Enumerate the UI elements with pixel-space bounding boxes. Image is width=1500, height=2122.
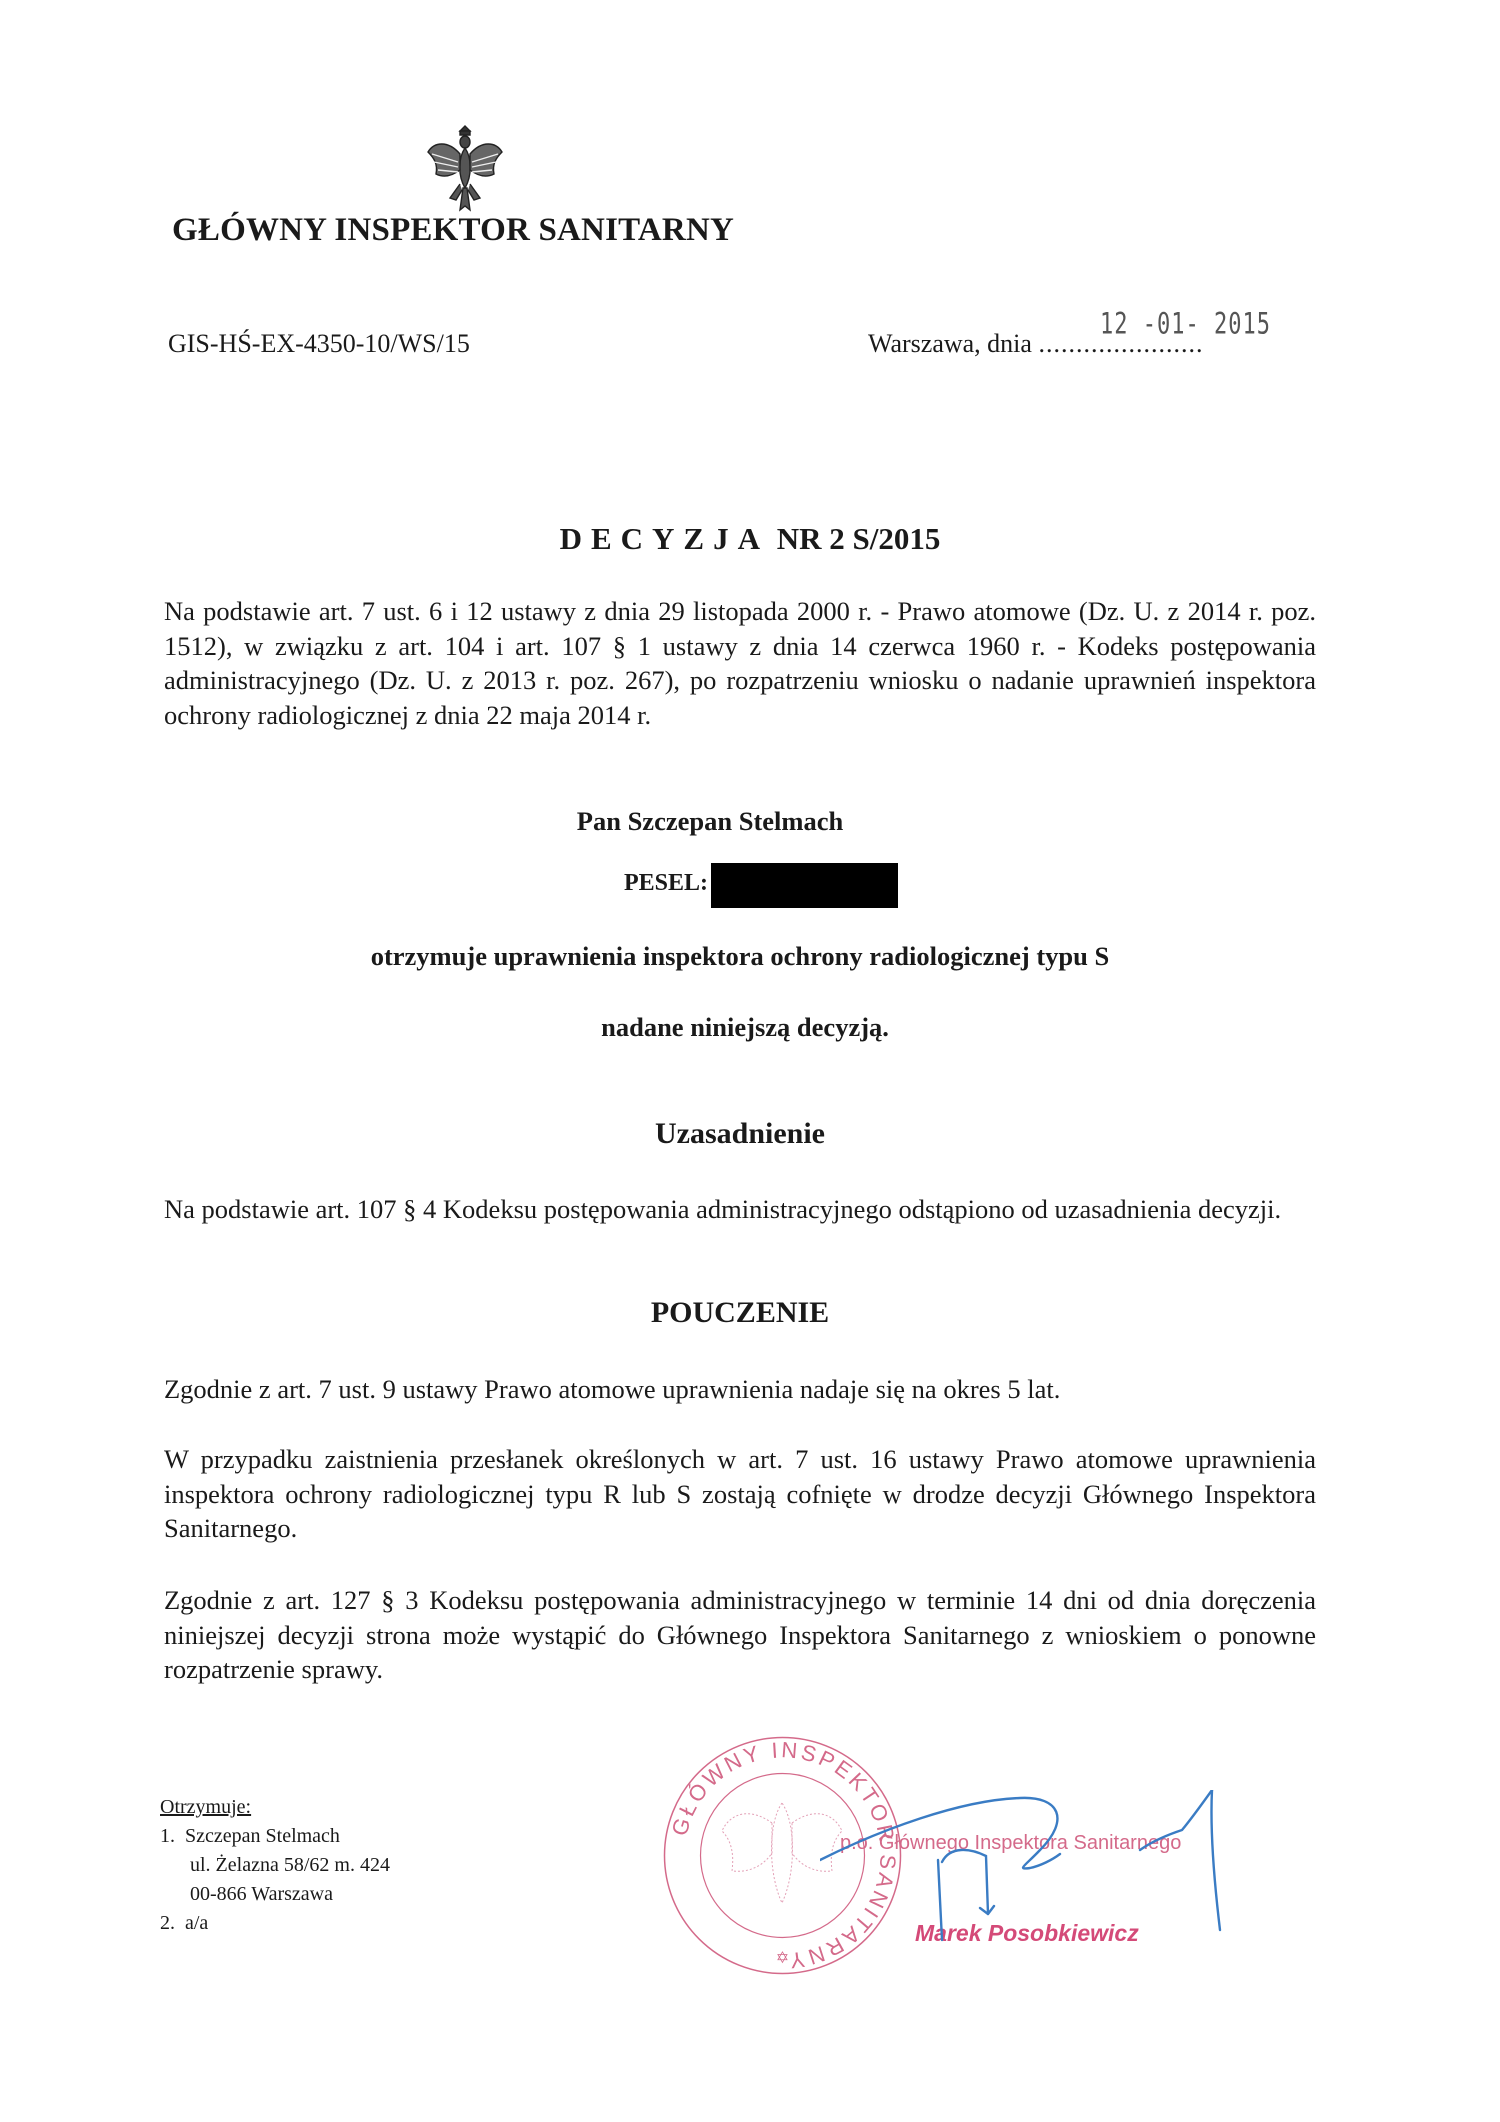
recipient-city-line: 00-866 Warszawa (160, 1880, 390, 1909)
handwritten-signature (820, 1790, 1240, 1990)
instruction-paragraph-1: Zgodnie z art. 7 ust. 9 ustawy Prawo ato… (164, 1372, 1316, 1407)
instruction-heading: POUCZENIE (0, 1296, 1490, 1330)
grant-statement: otrzymuje uprawnienia inspektora ochrony… (0, 941, 1490, 972)
recipient-address-line: ul. Żelazna 58/62 m. 424 (160, 1851, 390, 1880)
pesel-redaction-box (711, 863, 898, 908)
issuer-title: GŁÓWNY INSPEKTOR SANITARNY (172, 212, 734, 249)
decision-title: DECYZJA NR 2 S/2015 (0, 521, 1500, 557)
recipient-number: 1. (160, 1825, 175, 1847)
stamped-date: 12 -01- 2015 (1100, 308, 1271, 342)
recipients-heading: Otrzymuje: (160, 1793, 390, 1822)
recipient-line: a/a (185, 1912, 208, 1934)
grant-statement-continued: nadane niniejszą decyzją. (0, 1012, 1495, 1043)
instruction-paragraph-3: Zgodnie z art. 127 § 3 Kodeksu postępowa… (164, 1583, 1316, 1687)
recipient-name: Pan Szczepan Stelmach (0, 806, 1460, 837)
svg-text:✡: ✡ (776, 1950, 789, 1967)
justification-paragraph: Na podstawie art. 107 § 4 Kodeksu postęp… (164, 1192, 1316, 1227)
recipient-item: 2. a/a (160, 1909, 390, 1938)
decision-title-word: DECYZJA (560, 521, 769, 556)
pesel-label: PESEL: (624, 870, 708, 897)
polish-eagle-emblem-icon (420, 118, 510, 218)
decision-number: NR 2 S/2015 (777, 521, 941, 556)
justification-heading: Uzasadnienie (0, 1117, 1490, 1151)
recipients-list: Otrzymuje: 1. Szczepan Stelmach ul. Żela… (160, 1793, 390, 1938)
place-label: Warszawa, dnia (868, 329, 1032, 358)
instruction-paragraph-2: W przypadku zaistnienia przesłanek okreś… (164, 1442, 1316, 1546)
recipient-line: Szczepan Stelmach (185, 1825, 340, 1847)
reference-number: GIS-HŚ-EX-4350-10/WS/15 (168, 329, 470, 359)
recipient-number: 2. (160, 1912, 175, 1934)
legal-basis-paragraph: Na podstawie art. 7 ust. 6 i 12 ustawy z… (164, 594, 1316, 732)
recipient-item: 1. Szczepan Stelmach (160, 1822, 390, 1851)
